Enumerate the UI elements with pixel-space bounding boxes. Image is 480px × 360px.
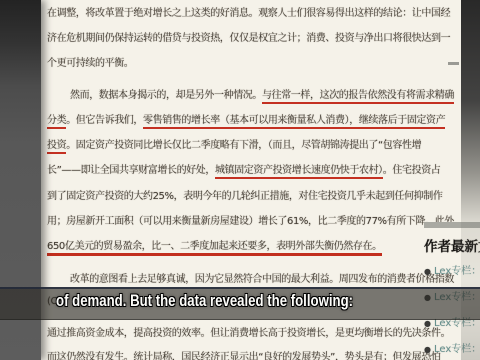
video-frame: 在调整，将改革置于绝对增长之上这类的好消息。观察人士们很容易得出这样的结论：让中… xyxy=(0,0,480,360)
article-line: 用；房屋新开工面积（可以用来衡量新房屋建设）增长了61%，比二季度的77%有所下… xyxy=(47,212,463,227)
article-line: 济在危机期间仍保持运转的借贷与投资热，仅仅是权宜之计；消费、投资与净出口将很快达… xyxy=(47,29,450,44)
underlined-phrase: 分类 xyxy=(47,115,66,129)
bullet-icon: ● xyxy=(424,319,431,328)
bullet-icon: ● xyxy=(424,267,431,276)
article-line: 分类。但它告诉我们，零售销售的增长率（基本可以用来衡量私人消费），继续落后于固定… xyxy=(47,111,445,126)
article-line: 投资。固定资产投资同比增长仅比二季度略有下滑，（而且，尽管胡锦涛提出了“包容性增 xyxy=(47,136,421,151)
bullet-icon: ● xyxy=(424,345,431,354)
article-line: 个更可持续的平衡。 xyxy=(47,54,133,69)
text-segment: 。固定资产投资同比增长仅比二季度略有下滑，（而且，尽管胡锦涛提出了“包容性增 xyxy=(66,140,421,151)
underlined-phrase: 零售销售的增长率（基本可以用来衡量私人消费），继续落后于固定资产 xyxy=(143,115,445,129)
text-segment: 在调整，将改革置于绝对增长之上这类的好消息。观察人士们很容易得出这样的结论：让中… xyxy=(47,8,450,19)
text-segment: 到了固定资产投资的大约25%，表明今年的几轮纠正措施，对住宅投资几乎未起到任何抑… xyxy=(47,191,442,202)
subtitle-band: of demand. But the data revealed the fol… xyxy=(0,287,480,320)
text-segment: 长”——即让全国共享财富增长的好处， xyxy=(47,165,215,176)
page-artifact-dash xyxy=(448,62,459,65)
underlined-phrase: 城镇固定资产投资增长速度仍快于农村） xyxy=(215,165,383,179)
text-segment: 个更可持续的平衡。 xyxy=(47,58,133,69)
text-segment: 用；房屋新开工面积（可以用来衡量新房屋建设）增长了61%，比二季度的77%有所下… xyxy=(47,216,463,227)
text-segment: 然而，数据本身揭示的，却是另外一种情况。 xyxy=(70,90,262,101)
article-line: 长”——即让全国共享财富增长的好处，城镇固定资产投资增长速度仍快于农村）。住宅投… xyxy=(47,161,440,176)
article-line: 650亿美元的贸易盈余，比一、二季度加起来还要多，表明外部失衡仍然存在。 xyxy=(47,237,382,252)
article-line: 通过推高资金成本，提高投资的效率。但让消费增长高于投资增长，是更均衡增长的先决条… xyxy=(47,324,450,339)
underlined-phrase: 650亿美元的贸易盈余，比一、二季度加起来还要多，表明外部失衡仍然存在。 xyxy=(47,241,382,256)
text-segment: 。但它告诉我们， xyxy=(66,115,143,126)
underlined-phrase: 投资 xyxy=(47,140,66,154)
article-line: 然而，数据本身揭示的，却是另外一种情况。与往常一样，这次的报告依然没有将需求精确 xyxy=(70,86,454,101)
article-line: 而这仍然没有发生。统计局称，国民经济正显示出“良好的发展势头”，势头是有；但发展… xyxy=(47,348,441,360)
text-segment: 而这仍然没有发生。统计局称，国民经济正显示出“良好的发展势头”，势头是有；但发展… xyxy=(47,352,441,360)
text-segment: 济在危机期间仍保持运转的借贷与投资热，仅仅是权宜之计；消费、投资与净出口将很快达… xyxy=(47,33,450,44)
text-segment: 改革的意图看上去足够真诚，因为它显然符合中国的最大利益。周四发布的消费者价格指数 xyxy=(70,274,454,285)
subtitle-caption: of demand. But the data revealed the fol… xyxy=(56,292,353,311)
article-line: 到了固定资产投资的大约25%，表明今年的几轮纠正措施，对住宅投资几乎未起到任何抑… xyxy=(47,187,442,202)
article-line: 在调整，将改革置于绝对增长之上这类的好消息。观察人士们很容易得出这样的结论：让中… xyxy=(47,4,450,19)
text-segment: 通过推高资金成本，提高投资的效率。但让消费增长高于投资增长，是更均衡增长的先决条… xyxy=(47,328,450,339)
article-line: 改革的意图看上去足够真诚，因为它显然符合中国的最大利益。周四发布的消费者价格指数 xyxy=(70,270,454,285)
